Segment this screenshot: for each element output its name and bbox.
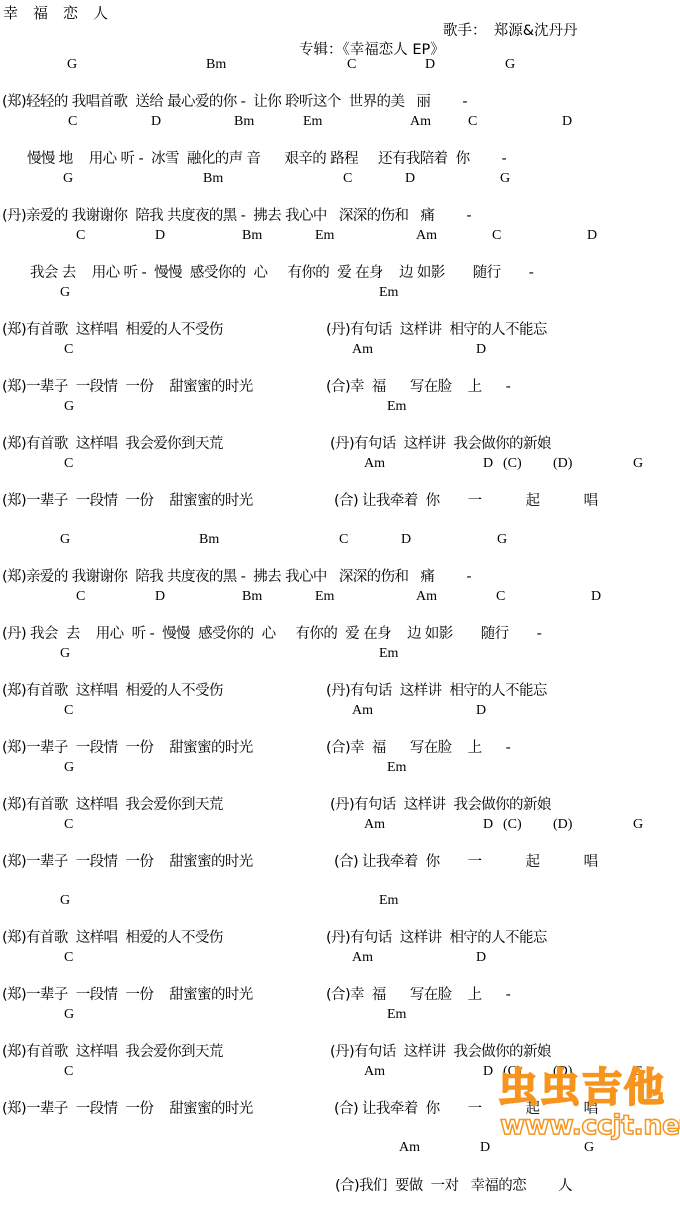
chord-symbol: C — [468, 115, 477, 129]
chord-symbol: G — [505, 58, 515, 72]
chord-symbol: G — [633, 1065, 643, 1079]
chord-symbol: C — [64, 457, 73, 471]
chord-symbol: G — [67, 58, 77, 72]
chord-symbol: D — [483, 818, 493, 832]
lyric-line: (郑)有首歌 这样唱 我会爱你到天荒 — [2, 437, 223, 452]
lyric-line: (郑)有首歌 这样唱 我会爱你到天荒 — [2, 1045, 223, 1060]
lyric-line: (郑)轻轻的 我唱首歌 送给 最心爱的你 - 让你 聆听这个 世界的美 丽 - — [2, 95, 467, 110]
lyric-line: (合) 让我牵着 你 一 起 唱 — [334, 855, 598, 870]
lyric-line: (合) 让我牵着 你 一 起 唱 — [334, 494, 598, 509]
chord-symbol: Em — [379, 286, 398, 300]
chord-symbol: Am — [352, 951, 373, 965]
lyric-line: (郑)一辈子 一段情 一份 甜蜜蜜的时光 — [2, 494, 253, 509]
chord-symbol: C — [64, 343, 73, 357]
chord-symbol: C — [68, 115, 77, 129]
chord-symbol: G — [500, 172, 510, 186]
chord-symbol: C — [76, 229, 85, 243]
chord-symbol: (D) — [553, 457, 572, 471]
chord-symbol: D — [476, 343, 486, 357]
lyric-line: (郑)一辈子 一段情 一份 甜蜜蜜的时光 — [2, 380, 253, 395]
chord-symbol: Am — [416, 229, 437, 243]
chord-symbol: G — [633, 818, 643, 832]
chord-symbol: Bm — [234, 115, 254, 129]
lyric-line: (郑)有首歌 这样唱 相爱的人不受伤 — [2, 323, 223, 338]
chord-symbol: Em — [303, 115, 322, 129]
chord-symbol: Em — [379, 647, 398, 661]
chord-symbol: C — [64, 951, 73, 965]
lyric-line: (合)我们 要做 一对 幸福的恋 人 — [335, 1179, 572, 1194]
lyric-line: (郑)有首歌 这样唱 我会爱你到天荒 — [2, 798, 223, 813]
lyric-line: (郑)亲爱的 我谢谢你 陪我 共度夜的黑 - 拂去 我心中 深深的伤和 痛 - — [2, 570, 471, 585]
chord-symbol: G — [60, 894, 70, 908]
chord-symbol: Am — [352, 704, 373, 718]
chord-symbol: Bm — [242, 590, 262, 604]
chord-symbol: C — [76, 590, 85, 604]
lyric-line: (合) 让我牵着 你 一 起 唱 — [334, 1102, 598, 1117]
chord-symbol: D — [401, 533, 411, 547]
chord-symbol: C — [343, 172, 352, 186]
chord-symbol: Am — [352, 343, 373, 357]
chord-symbol: D — [587, 229, 597, 243]
chord-symbol: Em — [315, 590, 334, 604]
lyric-line: (郑)一辈子 一段情 一份 甜蜜蜜的时光 — [2, 988, 253, 1003]
lyric-line: (丹)有句话 这样讲 相守的人不能忘 — [326, 684, 547, 699]
lyric-line: (合)幸 福 写在脸 上 - — [326, 741, 510, 756]
lyric-line: (丹)有句话 这样讲 相守的人不能忘 — [326, 931, 547, 946]
lyric-line: (丹)有句话 这样讲 我会做你的新娘 — [330, 798, 551, 813]
chord-symbol: D — [155, 590, 165, 604]
chord-symbol: D — [476, 951, 486, 965]
chord-symbol: (C) — [503, 1065, 522, 1079]
chord-symbol: G — [64, 761, 74, 775]
chord-symbol: Am — [416, 590, 437, 604]
chord-symbol: D — [476, 704, 486, 718]
chord-symbol: C — [64, 1065, 73, 1079]
chord-symbol: G — [60, 533, 70, 547]
chord-symbol: Bm — [203, 172, 223, 186]
chord-symbol: Am — [364, 457, 385, 471]
chord-symbol: G — [60, 647, 70, 661]
chord-symbol: D — [480, 1141, 490, 1155]
lyric-line: (丹) 我会 去 用心 听 - 慢慢 感受你的 心 有你的 爱 在身 边 如影 … — [2, 627, 541, 642]
chord-symbol: G — [63, 172, 73, 186]
chord-symbol: Am — [410, 115, 431, 129]
chord-symbol: D — [405, 172, 415, 186]
chord-symbol: C — [347, 58, 356, 72]
lyric-line: (丹)亲爱的 我谢谢你 陪我 共度夜的黑 - 拂去 我心中 深深的伤和 痛 - — [2, 209, 471, 224]
chord-symbol: D — [425, 58, 435, 72]
lyric-line: (合)幸 福 写在脸 上 - — [326, 380, 510, 395]
song-title: 幸 福 恋 人 — [3, 6, 108, 21]
lyric-line: (郑)有首歌 这样唱 相爱的人不受伤 — [2, 931, 223, 946]
chord-symbol: Bm — [206, 58, 226, 72]
chord-symbol: C — [339, 533, 348, 547]
chord-symbol: Em — [387, 1008, 406, 1022]
chord-symbol: Em — [315, 229, 334, 243]
lyric-line: (丹)有句话 这样讲 我会做你的新娘 — [330, 437, 551, 452]
chord-symbol: (D) — [553, 818, 572, 832]
chord-symbol: C — [64, 818, 73, 832]
chord-symbol: G — [64, 400, 74, 414]
chord-symbol: Bm — [242, 229, 262, 243]
chord-symbol: D — [483, 1065, 493, 1079]
chord-symbol: C — [64, 704, 73, 718]
lyric-line: (郑)一辈子 一段情 一份 甜蜜蜜的时光 — [2, 741, 253, 756]
lyric-line: (丹)有句话 这样讲 相守的人不能忘 — [326, 323, 547, 338]
lyric-line: 慢慢 地 用心 听 - 冰雪 融化的声 音 艰辛的 路程 还有我陪着 你 - — [27, 152, 506, 167]
chord-symbol: C — [496, 590, 505, 604]
chord-symbol: G — [497, 533, 507, 547]
lyric-line: 我会 去 用心 听 - 慢慢 感受你的 心 有你的 爱 在身 边 如影 随行 - — [30, 266, 533, 281]
lyric-line: (郑)一辈子 一段情 一份 甜蜜蜜的时光 — [2, 1102, 253, 1117]
lyric-line: (郑)一辈子 一段情 一份 甜蜜蜜的时光 — [2, 855, 253, 870]
lyric-line: (丹)有句话 这样讲 我会做你的新娘 — [330, 1045, 551, 1060]
chord-symbol: D — [155, 229, 165, 243]
chord-symbol: (C) — [503, 457, 522, 471]
chord-symbol: G — [633, 457, 643, 471]
chord-symbol: Em — [387, 400, 406, 414]
lyric-line: (郑)有首歌 这样唱 相爱的人不受伤 — [2, 684, 223, 699]
chord-symbol: Bm — [199, 533, 219, 547]
chord-symbol: (D) — [553, 1065, 572, 1079]
chord-symbol: G — [584, 1141, 594, 1155]
chord-symbol: D — [591, 590, 601, 604]
album-line: 专辑：《幸福恋人 EP》 — [299, 43, 445, 58]
chord-symbol: Em — [387, 761, 406, 775]
chord-symbol: Am — [364, 1065, 385, 1079]
chord-symbol: D — [562, 115, 572, 129]
chord-symbol: D — [483, 457, 493, 471]
chord-symbol: (C) — [503, 818, 522, 832]
singer-line: 歌手： 郑源&沈丹丹 — [443, 24, 578, 39]
chord-symbol: Am — [364, 818, 385, 832]
chord-symbol: G — [64, 1008, 74, 1022]
chord-symbol: Am — [399, 1141, 420, 1155]
chord-symbol: D — [151, 115, 161, 129]
lyric-line: (合)幸 福 写在脸 上 - — [326, 988, 510, 1003]
chord-symbol: C — [492, 229, 501, 243]
chord-symbol: G — [60, 286, 70, 300]
chord-symbol: Em — [379, 894, 398, 908]
